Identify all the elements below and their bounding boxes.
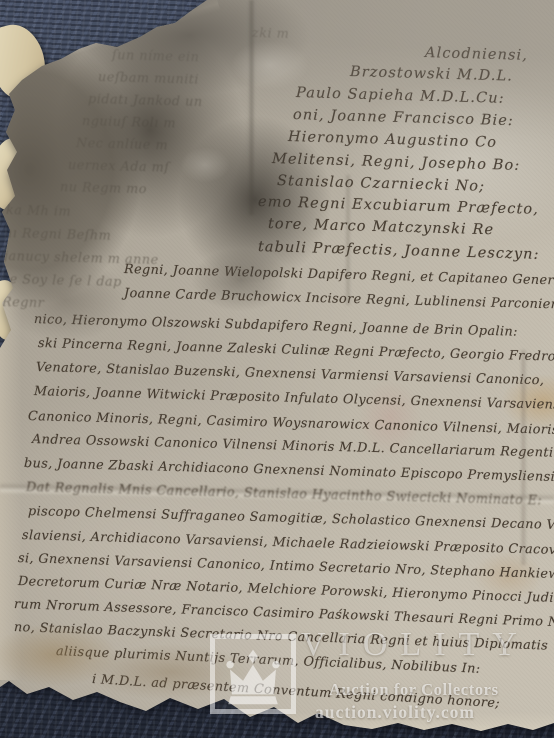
manuscript-line: Melitensi, Regni, Josepho Bo: <box>272 151 521 174</box>
parchment-document: zki mſun níme einueſbam munitipidatı Jan… <box>0 0 554 738</box>
ghost-text-line: zki m <box>252 26 290 43</box>
manuscript-line: i M.D.L. ad præsentem Conventum Regni co… <box>92 672 501 712</box>
ghost-text-line: Nec anlíue m <box>76 136 168 154</box>
ghost-text-line: Regnr <box>2 295 45 312</box>
manuscript-line: tabuli Præfectis, Joanne Lesczyn: <box>258 239 540 263</box>
ghost-text-line: ka Mh im <box>6 203 71 221</box>
manuscript-line: Paulo Sapieha M.D.L.Cu: <box>296 85 505 107</box>
ghost-text-line: ſun níme ein <box>112 48 200 66</box>
manuscript-line: nico, Hieronymo Olszowski Subdapifero Re… <box>34 312 518 341</box>
manuscript-line: Venatore, Stanislao Buzenski, Gnexnensi … <box>36 360 545 389</box>
ghost-text-line: uernex Ada mſ <box>68 158 170 177</box>
photo-scene: zki mſun níme einueſbam munitipidatı Jan… <box>0 0 554 738</box>
ghost-text-line: hı Regni Beſhm <box>4 226 112 245</box>
manuscript-line: Hieronymo Augustino Co <box>288 129 498 151</box>
torn-edge-highlight <box>0 712 554 738</box>
manuscript-line: oni, Joanne Francisco Bie: <box>293 107 514 129</box>
manuscript-line: emo Regni Excubiarum Præfecto, <box>258 194 539 218</box>
manuscript-line: Regni, Joanne Wielopolski Dapifero Regni… <box>124 262 554 290</box>
manuscript-line: Alcodniensi, <box>425 45 528 64</box>
ghost-text-line: ueſbam muniti <box>98 70 199 89</box>
manuscript-line: tore, Marco Matczynski Re <box>268 216 495 238</box>
manuscript-line: Joanne Carde Bruchowicx Incisore Regni, … <box>124 286 554 314</box>
manuscript-line: Maioris, Joanne Witwicki Præposito Inful… <box>34 384 554 414</box>
ghost-text-line: ce Soy le ſe l dap <box>2 272 122 291</box>
ghost-text-line: nu Regm mo <box>60 180 147 198</box>
manuscript-line: Stanislao Czarniecki No; <box>277 173 486 195</box>
fold-crease <box>345 175 351 305</box>
ghost-text-line: pidatı Jankod un <box>88 92 203 111</box>
parchment-wrap: zki mſun níme einueſbam munitipidatı Jan… <box>0 0 554 738</box>
ghost-text-line: nguiuſ Rolı m <box>82 114 176 132</box>
manuscript-line: Brzostowski M.D.L. <box>350 64 513 85</box>
